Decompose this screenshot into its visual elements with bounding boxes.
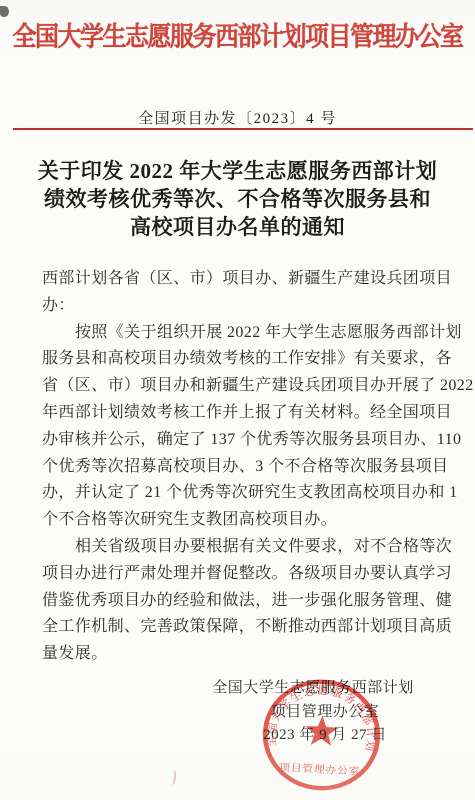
salutation-line: 西部计划各省（区、市）项目办、新疆生产建设兵团项目 — [42, 266, 442, 293]
paragraph-1-line: 按照《关于组织开展 2022 年大学生志愿服务西部计划 — [42, 320, 442, 347]
signature-org-line-1: 全国大学生志愿服务西部计划 — [208, 677, 418, 701]
paragraph-1-line: 办审核并公示，确定了 137 个优秀等次服务县项目办、110 — [42, 427, 442, 454]
document-page: 全国大学生志愿服务西部计划项目管理办公室 全国项目办发〔2023〕4 号 关于印… — [0, 0, 475, 800]
paragraph-2-line: 全工作机制、完善政策保障，不断推动西部计划项目高质 — [42, 614, 442, 641]
paragraph-2-line: 借鉴优秀项目办的经验和做法，进一步强化服务管理、健 — [42, 588, 442, 615]
seal-bottom-text: 项目管理办公室 — [279, 761, 361, 778]
signature-org-line-2: 项目管理办公室 — [220, 701, 430, 725]
document-title: 关于印发 2022 年大学生志愿服务西部计划 绩效考核优秀等次、不合格等次服务县… — [20, 157, 455, 241]
paragraph-1-line: 个不合格等次研究生支教团高校项目办。 — [42, 507, 442, 534]
paragraph-1-line: 服务县和高校项目办绩效考核的工作安排》有关要求，各 — [42, 346, 442, 373]
title-line-2: 绩效考核优秀等次、不合格等次服务县和 — [20, 185, 455, 213]
paragraph-1-line: 年西部计划绩效考核工作并上报了有关材料。经全国项目 — [42, 400, 442, 427]
signature-date: 2023 年 9 月 27 日 — [220, 724, 430, 748]
paragraph-2-line: 项目办进行严肃处理并督促整改。各级项目办要认真学习 — [42, 561, 442, 588]
paragraph-1-line: 办，并认定了 21 个优秀等次研究生支教团高校项目办和 1 — [42, 480, 442, 507]
letterhead-org-name: 全国大学生志愿服务西部计划项目管理办公室 — [0, 14, 475, 53]
scan-mark-faint-pink — [169, 770, 177, 786]
title-line-3: 高校项目办名单的通知 — [20, 213, 455, 241]
paragraph-1-line: 个优秀等次招募高校项目办、3 个不合格等次服务县项目 — [42, 454, 442, 481]
paragraph-1-line: 省（区、市）项目办和新疆生产建设兵团项目办开展了 2022 — [42, 373, 442, 400]
title-line-1: 关于印发 2022 年大学生志愿服务西部计划 — [20, 157, 455, 185]
salutation-line: 办： — [42, 293, 442, 320]
paragraph-2-line: 量发展。 — [42, 641, 442, 668]
document-number: 全国项目办发〔2023〕4 号 — [0, 107, 475, 128]
red-divider-rule — [13, 128, 473, 130]
document-body: 西部计划各省（区、市）项目办、新疆生产建设兵团项目 办： 按照《关于组织开展 2… — [42, 266, 442, 668]
signature-block: 全国大学生志愿服务西部计划 项目管理办公室 2023 年 9 月 27 日 — [208, 677, 418, 748]
paragraph-2-line: 相关省级项目办要根据有关文件要求，对不合格等次 — [42, 534, 442, 561]
